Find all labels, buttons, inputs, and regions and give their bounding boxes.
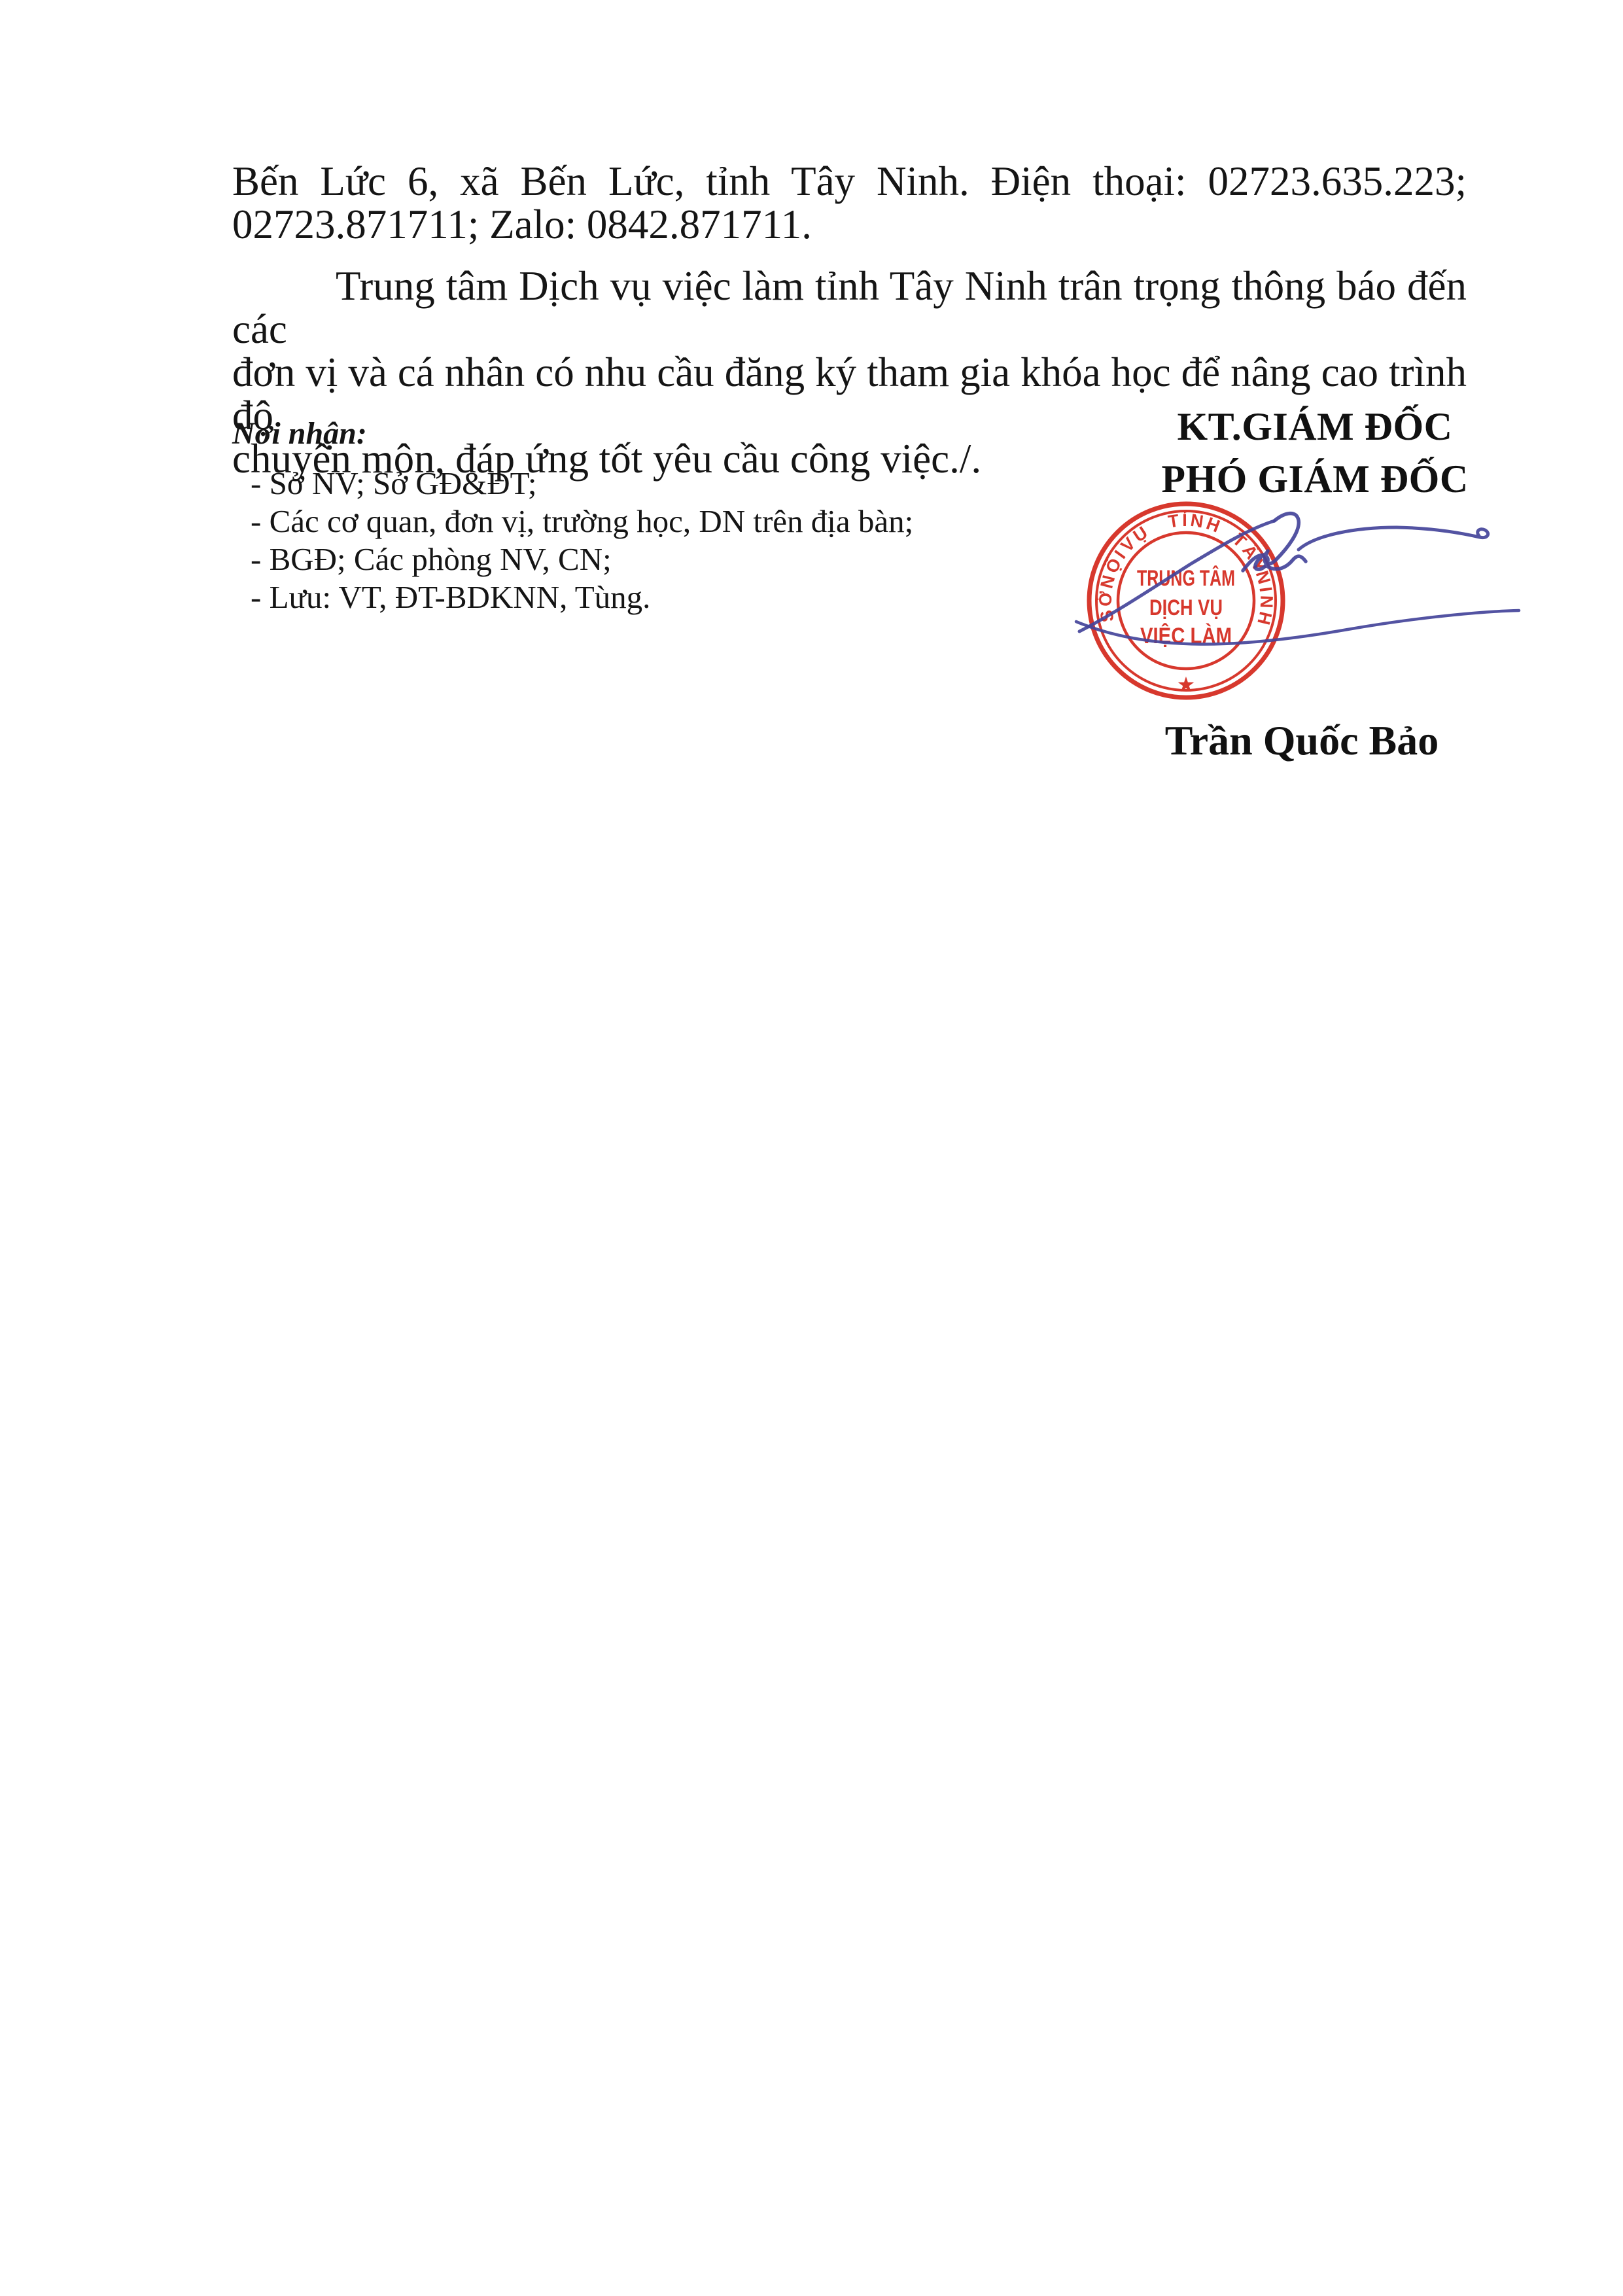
recipients-list: - Sở NV; Sở GĐ&ĐT; - Các cơ quan, đơn vị… [251,465,913,616]
paragraph-line: Trung tâm Dịch vụ việc làm tỉnh Tây Ninh… [232,264,1467,351]
recipient-item: - Các cơ quan, đơn vị, trường học, DN tr… [251,503,913,540]
signature-stroke-diagonal [1079,521,1274,631]
scanned-letter-page: { "document": { "paragraph_contact": { "… [0,0,1623,2296]
recipients-label: Nơi nhận: [232,418,367,450]
signature-strokes [1076,514,1519,645]
recipient-item: - BGĐ; Các phòng NV, CN; [251,540,913,578]
paragraph-line: Bến Lức 6, xã Bến Lức, tỉnh Tây Ninh. Đi… [232,160,1467,203]
signer-position-kt: KT.GIÁM ĐỐC [1106,400,1524,453]
recipient-item: - Sở NV; Sở GĐ&ĐT; [251,465,913,503]
signature-stroke-flourish [1299,527,1488,550]
signer-position-pho: PHÓ GIÁM ĐỐC [1106,453,1524,505]
signature-titles: KT.GIÁM ĐỐC PHÓ GIÁM ĐỐC [1106,400,1524,505]
star-icon: ★ [1177,673,1196,696]
recipient-item: - Lưu: VT, ĐT-BDKNN, Tùng. [251,578,913,616]
paragraph-contact: Bến Lức 6, xã Bến Lức, tỉnh Tây Ninh. Đi… [232,160,1467,246]
signature-ink [1047,504,1544,674]
signature-stroke-underline [1076,610,1519,645]
signature-stroke-scribble [1243,514,1306,571]
paragraph-line: 02723.871711; Zalo: 0842.871711. [232,203,1467,246]
signer-name: Trần Quốc Bảo [1106,720,1498,762]
